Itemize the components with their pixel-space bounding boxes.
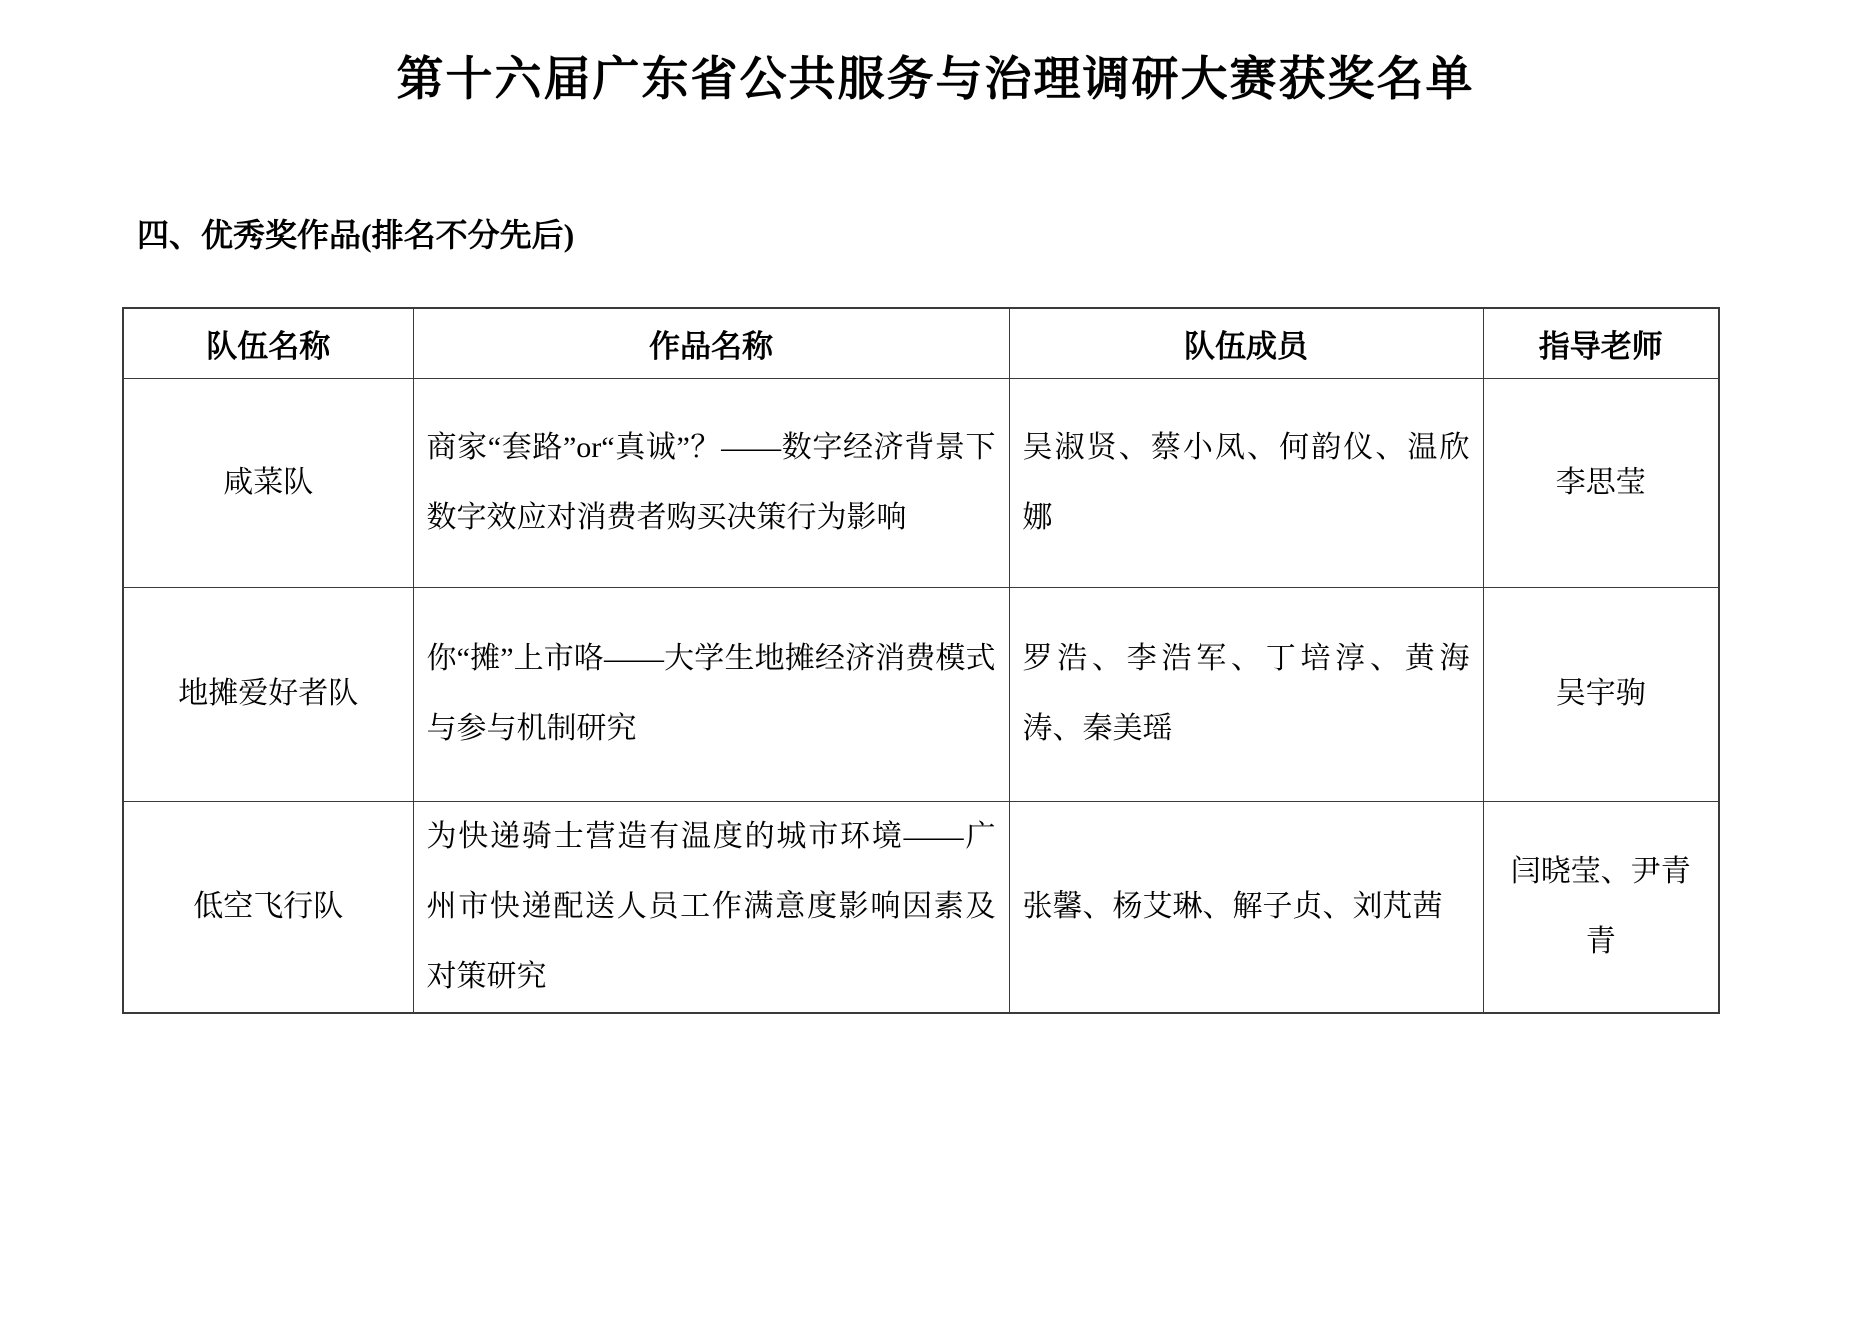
advisor-cell: 吴宇驹 [1483,587,1719,801]
table-header-row: 队伍名称 作品名称 队伍成员 指导老师 [123,308,1719,378]
advisor-cell: 李思莹 [1483,378,1719,587]
table-row: 咸菜队 商家“套路”or“真诚”？——数字经济背景下数字效应对消费者购买决策行为… [123,378,1719,587]
work-title-cell: 商家“套路”or“真诚”？——数字经济背景下数字效应对消费者购买决策行为影响 [413,378,1009,587]
work-title-cell: 为快递骑士营造有温度的城市环境——广州市快递配送人员工作满意度影响因素及对策研究 [413,801,1009,1013]
section-heading: 四、优秀奖作品(排名不分先后) [137,210,574,256]
column-header-team-members: 队伍成员 [1009,308,1483,378]
column-header-team-name: 队伍名称 [123,308,413,378]
team-name-cell: 地摊爱好者队 [123,587,413,801]
document-page: 第十六届广东省公共服务与治理调研大赛获奖名单 四、优秀奖作品(排名不分先后) 队… [0,0,1871,1323]
table-row: 地摊爱好者队 你“摊”上市咯——大学生地摊经济消费模式与参与机制研究 罗浩、李浩… [123,587,1719,801]
table-row: 低空飞行队 为快递骑士营造有温度的城市环境——广州市快递配送人员工作满意度影响因… [123,801,1719,1013]
column-header-advisor: 指导老师 [1483,308,1719,378]
document-title: 第十六届广东省公共服务与治理调研大赛获奖名单 [0,42,1871,109]
team-members-cell: 张馨、杨艾琳、解子贞、刘芃茜 [1009,801,1483,1013]
team-name-cell: 低空飞行队 [123,801,413,1013]
team-name-cell: 咸菜队 [123,378,413,587]
award-table: 队伍名称 作品名称 队伍成员 指导老师 咸菜队 商家“套路”or“真诚”？——数… [122,307,1720,1014]
team-members-cell: 吴淑贤、蔡小凤、何韵仪、温欣娜 [1009,378,1483,587]
work-title-cell: 你“摊”上市咯——大学生地摊经济消费模式与参与机制研究 [413,587,1009,801]
team-members-cell: 罗浩、李浩军、丁培淳、黄海涛、秦美瑶 [1009,587,1483,801]
column-header-work-title: 作品名称 [413,308,1009,378]
advisor-cell: 闫晓莹、尹青青 [1483,801,1719,1013]
